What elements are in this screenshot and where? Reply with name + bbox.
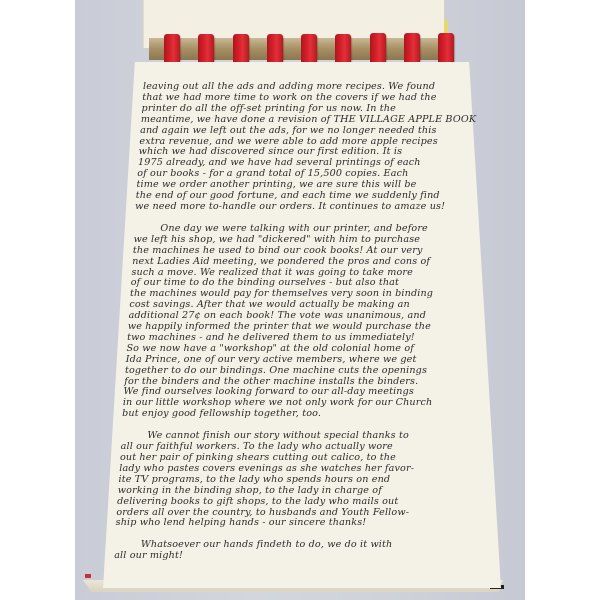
paragraph: We cannot finish our story without speci… [107,431,507,529]
paragraph: Whatsoever our hands findeth to do, we d… [107,540,507,562]
text-line: all our might! [107,551,507,562]
text-line: meantime, we have done a revision of THE… [107,115,507,126]
text-line: we need more to-handle our orders. It co… [107,202,507,213]
book-photo: leaving out all the ads and adding more … [75,0,525,600]
text-line: and again we left out the ads, for we no… [107,126,507,137]
text-line: delivering books to gift shops, to the l… [107,497,507,508]
paragraph: leaving out all the ads and adding more … [107,82,507,213]
page-text: leaving out all the ads and adding more … [107,82,507,573]
text-line: working in the binding shop, to the lady… [107,486,507,497]
paragraph: One day we were talking with our printer… [107,224,507,420]
text-line: the machines he used to bind our cook bo… [107,246,507,257]
text-line: together to do our bindings. One machine… [107,366,507,377]
cover-edge [85,574,91,578]
text-line: next Ladies Aid meeting, we pondered the… [107,257,507,268]
text-line: ship who lend helping hands - our sincer… [107,518,507,529]
text-line: but enjoy good fellowship together, too. [107,409,507,420]
